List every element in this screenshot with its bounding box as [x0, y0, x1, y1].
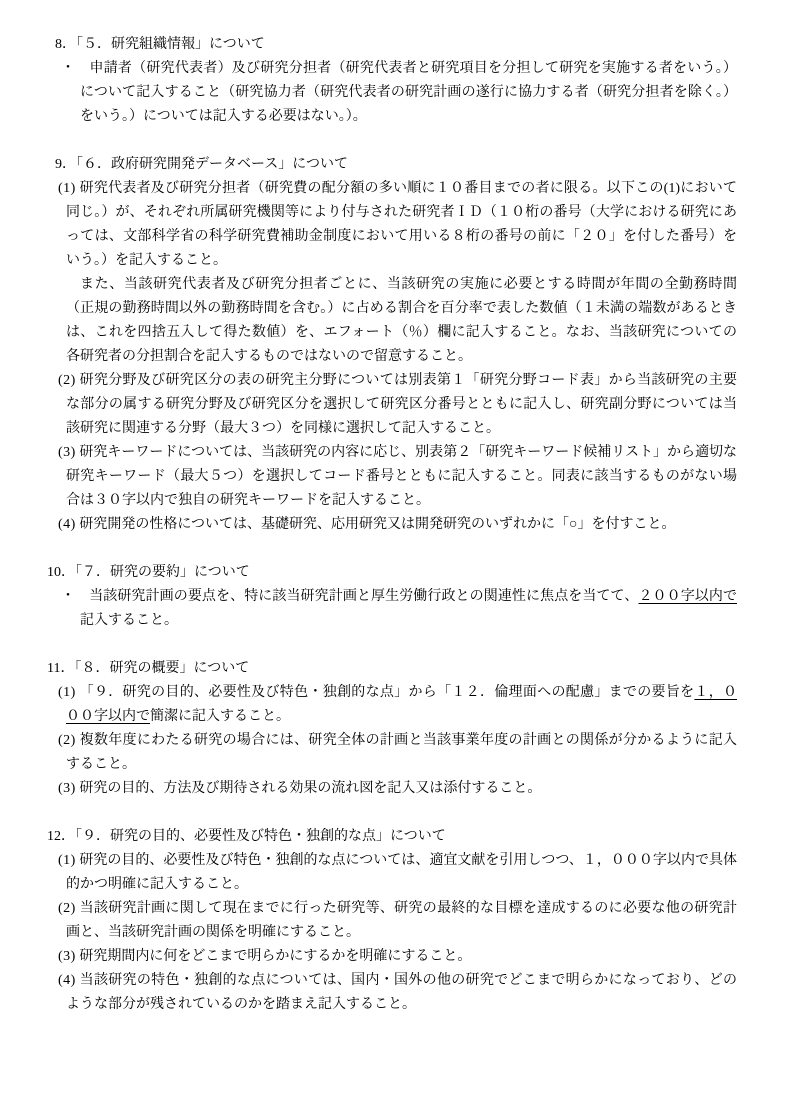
- section-10: 10．「７．研究の要約」について・ 当該研究計画の要点を、特に該当研究計画と厚生…: [55, 561, 737, 633]
- section-10-paragraph-1: ・ 当該研究計画の要点を、特に該当研究計画と厚生労働行政との関連性に焦点を当てて…: [55, 585, 737, 633]
- document-body: 8．「５．研究組織情報」について・ 申請者（研究代表者）及び研究分担者（研究代表…: [55, 33, 737, 1017]
- bullet-marker: ・: [61, 589, 75, 604]
- item-label: (2): [58, 733, 76, 748]
- text-run: 研究の目的、方法及び期待される効果の流れ図を記入又は添付すること。: [79, 781, 541, 796]
- text-run: 研究の目的、必要性及び特色・独創的な点については、適宜文献を引用しつつ、１，００…: [66, 853, 737, 892]
- section-11-heading: 11．「８．研究の概要」について: [47, 657, 737, 681]
- section-number: 12．: [47, 829, 75, 844]
- item-label: (3): [58, 949, 76, 964]
- item-label: (3): [58, 445, 76, 460]
- section-title: 「８．研究の概要」について: [74, 661, 249, 676]
- text-run: 研究期間内に何をどこまで明らかにするかを明確にすること。: [79, 949, 471, 964]
- section-11-paragraph-1: (1) 「９．研究の目的、必要性及び特色・独創的な点」から「１２．倫理面への配慮…: [55, 681, 737, 729]
- section-number: 8．: [55, 37, 76, 52]
- section-number: 11．: [47, 661, 74, 676]
- item-label: (1): [58, 685, 76, 700]
- section-title: 「５．研究組織情報」について: [76, 37, 265, 52]
- section-12: 12．「９．研究の目的、必要性及び特色・独創的な点」について(1) 研究の目的、…: [55, 825, 737, 1017]
- text-run: 簡潔に記入すること。: [150, 709, 290, 724]
- item-label: (2): [58, 373, 76, 388]
- section-9-paragraph-4: (3) 研究キーワードについては、当該研究の内容に応じ、別表第２「研究キーワード…: [55, 441, 737, 513]
- text-run: 研究分野及び研究区分の表の研究主分野については別表第１「研究分野コード表」から当…: [66, 373, 737, 436]
- item-label: (1): [58, 181, 76, 196]
- text-run: 当該研究計画の要点を、特に該当研究計画と厚生労働行政との関連性に焦点を当てて、: [89, 589, 638, 604]
- section-9: 9．「６．政府研究開発データベース」について(1) 研究代表者及び研究分担者（研…: [55, 153, 737, 537]
- text-run: 研究キーワードについては、当該研究の内容に応じ、別表第２「研究キーワード候補リス…: [66, 445, 737, 508]
- text-run: 「９．研究の目的、必要性及び特色・独創的な点」から「１２．倫理面への配慮」までの…: [80, 685, 695, 700]
- section-12-paragraph-2: (2) 当該研究計画に関して現在までに行った研究等、研究の最終的な目標を達成する…: [55, 897, 737, 945]
- underlined-text-run: ２００字以内で: [638, 589, 737, 604]
- section-10-heading: 10．「７．研究の要約」について: [47, 561, 737, 585]
- text-run: 当該研究計画に関して現在までに行った研究等、研究の最終的な目標を達成するのに必要…: [66, 901, 737, 940]
- section-8-heading: 8．「５．研究組織情報」について: [55, 33, 737, 57]
- item-label: (4): [58, 973, 76, 988]
- section-number: 10．: [47, 565, 75, 580]
- section-12-paragraph-3: (3) 研究期間内に何をどこまで明らかにするかを明確にすること。: [55, 945, 737, 969]
- section-title: 「６．政府研究開発データベース」について: [76, 157, 348, 172]
- section-9-paragraph-3: (2) 研究分野及び研究区分の表の研究主分野については別表第１「研究分野コード表…: [55, 369, 737, 441]
- text-run: 研究開発の性格については、基礎研究、応用研究又は開発研究のいずれかに「○」を付す…: [79, 517, 675, 532]
- bullet-marker: ・: [61, 61, 75, 76]
- section-number: 9．: [55, 157, 76, 172]
- text-run: 研究代表者及び研究分担者（研究費の配分額の多い順に１０番目までの者に限る。以下こ…: [66, 181, 737, 268]
- section-11: 11．「８．研究の概要」について(1) 「９．研究の目的、必要性及び特色・独創的…: [55, 657, 737, 801]
- section-title: 「９．研究の目的、必要性及び特色・独創的な点」について: [75, 829, 446, 844]
- section-9-heading: 9．「６．政府研究開発データベース」について: [55, 153, 737, 177]
- text-run: 複数年度にわたる研究の場合には、研究全体の計画と当該事業年度の計画との関係が分か…: [66, 733, 737, 772]
- item-label: (2): [58, 901, 76, 916]
- section-8-paragraph-1: ・ 申請者（研究代表者）及び研究分担者（研究代表者と研究項目を分担して研究を実施…: [55, 57, 737, 129]
- item-label: (4): [58, 517, 76, 532]
- section-12-heading: 12．「９．研究の目的、必要性及び特色・独創的な点」について: [47, 825, 737, 849]
- section-12-paragraph-4: (4) 当該研究の特色・独創的な点については、国内・国外の他の研究でどこまで明ら…: [55, 969, 737, 1017]
- text-run: 申請者（研究代表者）及び研究分担者（研究代表者と研究項目を分担して研究を実施する…: [80, 61, 737, 124]
- section-9-paragraph-5: (4) 研究開発の性格については、基礎研究、応用研究又は開発研究のいずれかに「○…: [55, 513, 737, 537]
- section-8: 8．「５．研究組織情報」について・ 申請者（研究代表者）及び研究分担者（研究代表…: [55, 33, 737, 129]
- item-label: (3): [58, 781, 76, 796]
- section-9-paragraph-2: また、当該研究代表者及び研究分担者ごとに、当該研究の実施に必要とする時間が年間の…: [55, 273, 737, 369]
- text-run: 記入すること。: [80, 613, 178, 628]
- section-12-paragraph-1: (1) 研究の目的、必要性及び特色・独創的な点については、適宜文献を引用しつつ、…: [55, 849, 737, 897]
- section-9-paragraph-1: (1) 研究代表者及び研究分担者（研究費の配分額の多い順に１０番目までの者に限る…: [55, 177, 737, 273]
- section-title: 「７．研究の要約」について: [75, 565, 250, 580]
- text-run: 当該研究の特色・独創的な点については、国内・国外の他の研究でどこまで明らかになっ…: [66, 973, 737, 1012]
- text-run: また、当該研究代表者及び研究分担者ごとに、当該研究の実施に必要とする時間が年間の…: [66, 277, 737, 364]
- section-11-paragraph-2: (2) 複数年度にわたる研究の場合には、研究全体の計画と当該事業年度の計画との関…: [55, 729, 737, 777]
- section-11-paragraph-3: (3) 研究の目的、方法及び期待される効果の流れ図を記入又は添付すること。: [55, 777, 737, 801]
- document-page: 8．「５．研究組織情報」について・ 申請者（研究代表者）及び研究分担者（研究代表…: [0, 0, 790, 1110]
- item-label: (1): [58, 853, 76, 868]
